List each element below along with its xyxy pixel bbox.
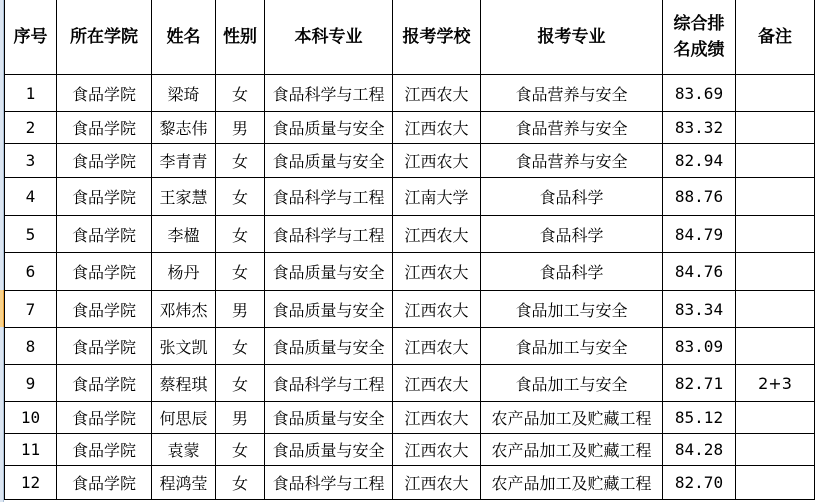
cell-target-major[interactable]: 农产品加工及贮藏工程 xyxy=(481,466,663,500)
cell-note[interactable] xyxy=(736,291,815,328)
cell-no[interactable]: 1 xyxy=(5,75,57,112)
cell-undergrad-major[interactable]: 食品质量与安全 xyxy=(265,402,393,434)
cell-undergrad-major[interactable]: 食品质量与安全 xyxy=(265,253,393,291)
cell-gender[interactable]: 女 xyxy=(216,328,265,365)
cell-no[interactable]: 8 xyxy=(5,328,57,365)
cell-target-major[interactable]: 食品科学 xyxy=(481,253,663,291)
header-note[interactable]: 备注 xyxy=(736,0,815,75)
cell-undergrad-major[interactable]: 食品科学与工程 xyxy=(265,75,393,112)
cell-no[interactable]: 3 xyxy=(5,144,57,178)
header-gender[interactable]: 性别 xyxy=(216,0,265,75)
header-score-line1: 综合排 xyxy=(663,11,735,37)
table-row: 12食品学院程鸿莹女食品科学与工程江西农大农产品加工及贮藏工程82.70 xyxy=(5,466,815,500)
cell-college[interactable]: 食品学院 xyxy=(57,328,152,365)
cell-gender[interactable]: 女 xyxy=(216,434,265,466)
cell-no[interactable]: 2 xyxy=(5,112,57,144)
cell-name[interactable]: 李青青 xyxy=(152,144,216,178)
cell-target-major[interactable]: 食品营养与安全 xyxy=(481,75,663,112)
cell-target-school[interactable]: 江西农大 xyxy=(393,291,481,328)
cell-target-major[interactable]: 食品加工与安全 xyxy=(481,365,663,402)
cell-no[interactable]: 10 xyxy=(5,402,57,434)
cell-college[interactable]: 食品学院 xyxy=(57,466,152,500)
table-row: 8食品学院张文凯女食品质量与安全江西农大食品加工与安全83.09 xyxy=(5,328,815,365)
cell-name[interactable]: 蔡程琪 xyxy=(152,365,216,402)
cell-target-school[interactable]: 江西农大 xyxy=(393,216,481,253)
cell-target-major[interactable]: 农产品加工及贮藏工程 xyxy=(481,402,663,434)
cell-score[interactable]: 84.79 xyxy=(663,216,736,253)
cell-note[interactable] xyxy=(736,434,815,466)
cell-college[interactable]: 食品学院 xyxy=(57,178,152,216)
cell-undergrad-major[interactable]: 食品质量与安全 xyxy=(265,328,393,365)
cell-note[interactable] xyxy=(736,402,815,434)
table-row: 9食品学院蔡程琪女食品科学与工程江西农大食品加工与安全82.712+3 xyxy=(5,365,815,402)
cell-target-major[interactable]: 食品营养与安全 xyxy=(481,112,663,144)
cell-name[interactable]: 李楹 xyxy=(152,216,216,253)
header-row: 序号 所在学院 姓名 性别 本科专业 报考学校 报考专业 综合排 名成绩 备注 xyxy=(5,0,815,75)
cell-undergrad-major[interactable]: 食品科学与工程 xyxy=(265,178,393,216)
cell-gender[interactable]: 女 xyxy=(216,178,265,216)
table-row: 4食品学院王家慧女食品科学与工程江南大学食品科学88.76 xyxy=(5,178,815,216)
cell-undergrad-major[interactable]: 食品科学与工程 xyxy=(265,216,393,253)
cell-note[interactable] xyxy=(736,144,815,178)
cell-gender[interactable]: 男 xyxy=(216,402,265,434)
cell-target-school[interactable]: 江西农大 xyxy=(393,365,481,402)
cell-name[interactable]: 杨丹 xyxy=(152,253,216,291)
cell-score[interactable]: 83.69 xyxy=(663,75,736,112)
cell-name[interactable]: 邓炜杰 xyxy=(152,291,216,328)
table-row: 5食品学院李楹女食品科学与工程江西农大食品科学84.79 xyxy=(5,216,815,253)
cell-no[interactable]: 7 xyxy=(5,291,57,328)
cell-score[interactable]: 83.09 xyxy=(663,328,736,365)
cell-college[interactable]: 食品学院 xyxy=(57,402,152,434)
cell-gender[interactable]: 女 xyxy=(216,216,265,253)
header-score[interactable]: 综合排 名成绩 xyxy=(663,0,736,75)
cell-note[interactable] xyxy=(736,178,815,216)
cell-college[interactable]: 食品学院 xyxy=(57,365,152,402)
cell-gender[interactable]: 女 xyxy=(216,75,265,112)
cell-college[interactable]: 食品学院 xyxy=(57,75,152,112)
cell-college[interactable]: 食品学院 xyxy=(57,291,152,328)
cell-college[interactable]: 食品学院 xyxy=(57,144,152,178)
cell-no[interactable]: 4 xyxy=(5,178,57,216)
cell-note[interactable] xyxy=(736,112,815,144)
table-row: 2食品学院黎志伟男食品质量与安全江西农大食品营养与安全83.32 xyxy=(5,112,815,144)
cell-college[interactable]: 食品学院 xyxy=(57,112,152,144)
cell-target-major[interactable]: 食品加工与安全 xyxy=(481,328,663,365)
cell-target-major[interactable]: 农产品加工及贮藏工程 xyxy=(481,434,663,466)
table-row: 3食品学院李青青女食品质量与安全江西农大食品营养与安全82.94 xyxy=(5,144,815,178)
cell-target-major[interactable]: 食品营养与安全 xyxy=(481,144,663,178)
table-row: 11食品学院袁蒙女食品质量与安全江西农大农产品加工及贮藏工程84.28 xyxy=(5,434,815,466)
admission-table: 序号 所在学院 姓名 性别 本科专业 报考学校 报考专业 综合排 名成绩 备注 … xyxy=(4,0,815,500)
cell-name[interactable]: 何思辰 xyxy=(152,402,216,434)
cell-college[interactable]: 食品学院 xyxy=(57,434,152,466)
header-target-major[interactable]: 报考专业 xyxy=(481,0,663,75)
cell-score[interactable]: 88.76 xyxy=(663,178,736,216)
cell-no[interactable]: 9 xyxy=(5,365,57,402)
cell-target-major[interactable]: 食品科学 xyxy=(481,178,663,216)
cell-college[interactable]: 食品学院 xyxy=(57,253,152,291)
cell-undergrad-major[interactable]: 食品质量与安全 xyxy=(265,434,393,466)
cell-note[interactable] xyxy=(736,216,815,253)
cell-no[interactable]: 12 xyxy=(5,466,57,500)
cell-note[interactable] xyxy=(736,253,815,291)
cell-name[interactable]: 程鸿莹 xyxy=(152,466,216,500)
cell-target-school[interactable]: 江西农大 xyxy=(393,328,481,365)
cell-gender[interactable]: 男 xyxy=(216,112,265,144)
cell-undergrad-major[interactable]: 食品质量与安全 xyxy=(265,144,393,178)
header-target-school[interactable]: 报考学校 xyxy=(393,0,481,75)
cell-college[interactable]: 食品学院 xyxy=(57,216,152,253)
cell-gender[interactable]: 女 xyxy=(216,253,265,291)
cell-score[interactable]: 82.94 xyxy=(663,144,736,178)
cell-undergrad-major[interactable]: 食品质量与安全 xyxy=(265,291,393,328)
table-row: 10食品学院何思辰男食品质量与安全江西农大农产品加工及贮藏工程85.12 xyxy=(5,402,815,434)
header-college[interactable]: 所在学院 xyxy=(57,0,152,75)
cell-no[interactable]: 11 xyxy=(5,434,57,466)
cell-name[interactable]: 张文凯 xyxy=(152,328,216,365)
cell-target-school[interactable]: 江西农大 xyxy=(393,434,481,466)
cell-target-school[interactable]: 江西农大 xyxy=(393,466,481,500)
cell-note[interactable] xyxy=(736,466,815,500)
cell-note[interactable]: 2+3 xyxy=(736,365,815,402)
header-no[interactable]: 序号 xyxy=(5,0,57,75)
cell-target-major[interactable]: 食品加工与安全 xyxy=(481,291,663,328)
cell-target-school[interactable]: 江南大学 xyxy=(393,178,481,216)
cell-target-school[interactable]: 江西农大 xyxy=(393,402,481,434)
cell-score[interactable]: 85.12 xyxy=(663,402,736,434)
cell-no[interactable]: 6 xyxy=(5,253,57,291)
cell-gender[interactable]: 男 xyxy=(216,291,265,328)
cell-undergrad-major[interactable]: 食品科学与工程 xyxy=(265,365,393,402)
cell-score[interactable]: 84.28 xyxy=(663,434,736,466)
cell-target-school[interactable]: 江西农大 xyxy=(393,112,481,144)
cell-target-major[interactable]: 食品科学 xyxy=(481,216,663,253)
cell-name[interactable]: 袁蒙 xyxy=(152,434,216,466)
cell-name[interactable]: 梁琦 xyxy=(152,75,216,112)
cell-note[interactable] xyxy=(736,328,815,365)
header-score-line2: 名成绩 xyxy=(663,37,735,63)
cell-target-school[interactable]: 江西农大 xyxy=(393,253,481,291)
cell-score[interactable]: 83.34 xyxy=(663,291,736,328)
cell-no[interactable]: 5 xyxy=(5,216,57,253)
cell-target-school[interactable]: 江西农大 xyxy=(393,75,481,112)
cell-score[interactable]: 82.70 xyxy=(663,466,736,500)
cell-gender[interactable]: 女 xyxy=(216,144,265,178)
table-row: 1食品学院梁琦女食品科学与工程江西农大食品营养与安全83.69 xyxy=(5,75,815,112)
cell-note[interactable] xyxy=(736,75,815,112)
cell-name[interactable]: 王家慧 xyxy=(152,178,216,216)
cell-gender[interactable]: 女 xyxy=(216,466,265,500)
header-undergrad-major[interactable]: 本科专业 xyxy=(265,0,393,75)
table-row: 7食品学院邓炜杰男食品质量与安全江西农大食品加工与安全83.34 xyxy=(5,291,815,328)
cell-gender[interactable]: 女 xyxy=(216,365,265,402)
cell-score[interactable]: 83.32 xyxy=(663,112,736,144)
cell-target-school[interactable]: 江西农大 xyxy=(393,144,481,178)
cell-score[interactable]: 82.71 xyxy=(663,365,736,402)
cell-name[interactable]: 黎志伟 xyxy=(152,112,216,144)
header-name[interactable]: 姓名 xyxy=(152,0,216,75)
cell-undergrad-major[interactable]: 食品质量与安全 xyxy=(265,112,393,144)
cell-score[interactable]: 84.76 xyxy=(663,253,736,291)
table-row: 6食品学院杨丹女食品质量与安全江西农大食品科学84.76 xyxy=(5,253,815,291)
cell-undergrad-major[interactable]: 食品科学与工程 xyxy=(265,466,393,500)
